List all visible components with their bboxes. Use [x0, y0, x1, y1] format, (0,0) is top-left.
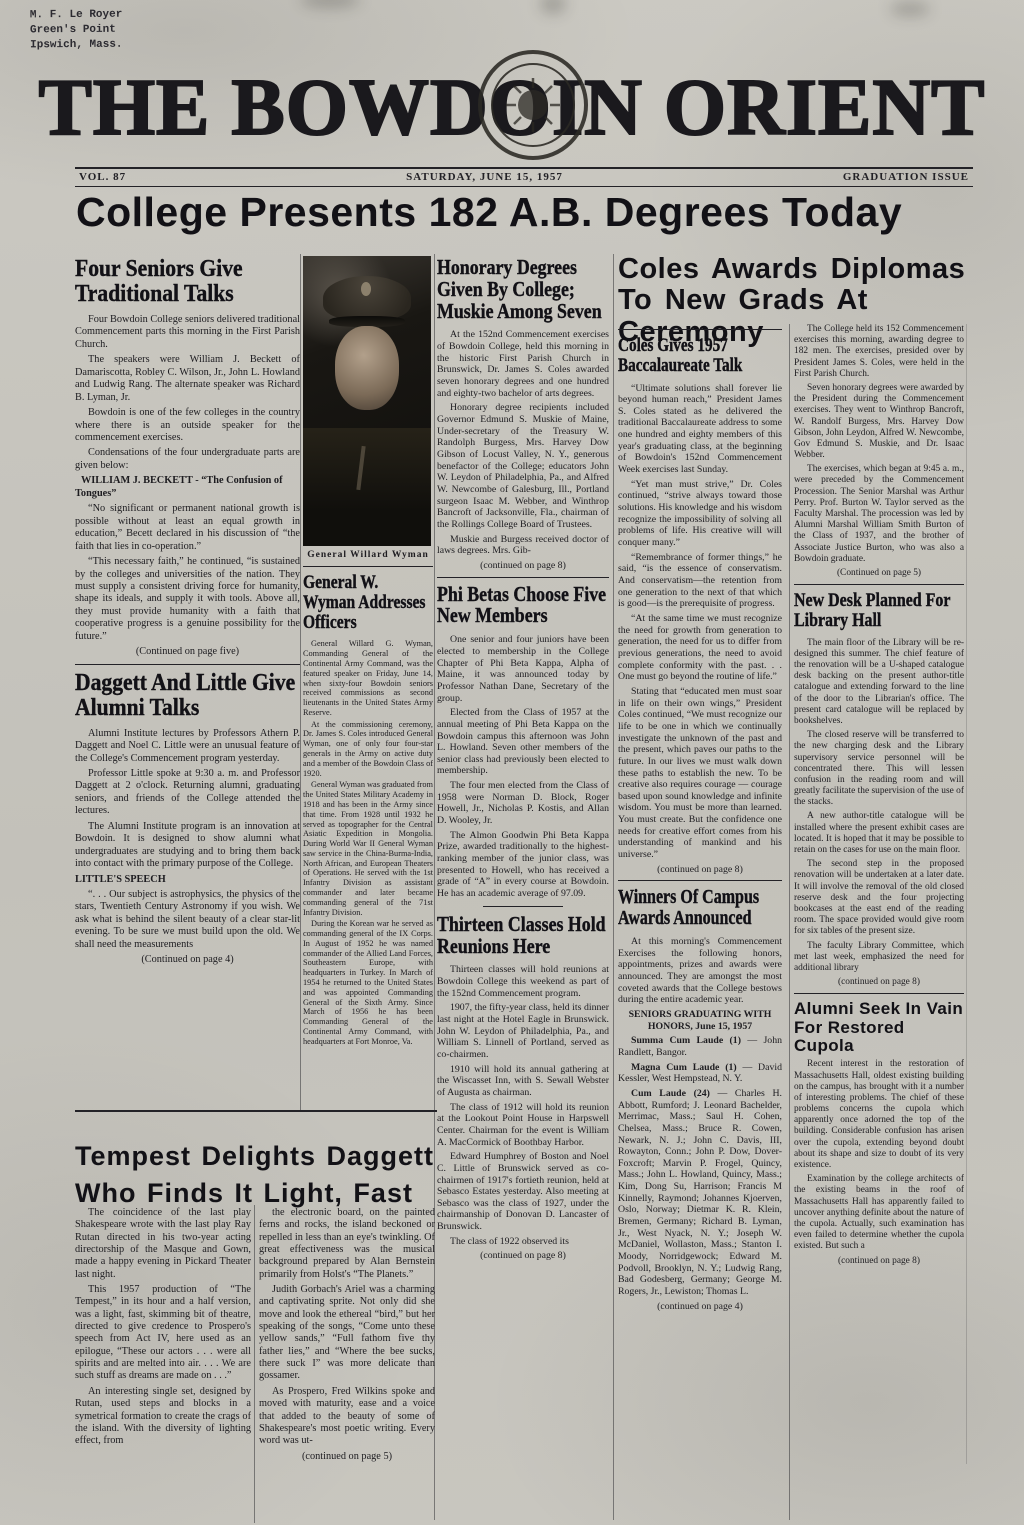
column-2: General Willard Wyman General W. Wyman A…	[303, 256, 433, 1112]
paragraph: The second step in the proposed renovati…	[794, 859, 964, 937]
paragraph: Bowdoin is one of the few colleges in th…	[75, 407, 300, 444]
paragraph: One senior and four juniors have been el…	[437, 634, 609, 704]
paragraph: Professor Little spoke at 9:30 a. m. and…	[75, 768, 300, 818]
paragraph: During the Korean war he served as comma…	[303, 919, 433, 1046]
article-title: Four Seniors Give Traditional Talks	[75, 257, 300, 307]
paragraph: Recent interest in the restoration of Ma…	[794, 1059, 964, 1171]
paragraph: Alumni Institute lectures by Professors …	[75, 728, 300, 765]
paragraph: Muskie and Burgess received doctor of la…	[437, 534, 609, 557]
honor-names: — Charles H. Abbott, Rumford; J. Leonard…	[618, 1088, 782, 1297]
article-phi-beta: Phi Betas Choose Five New Members One se…	[437, 584, 609, 900]
divider-rule	[794, 584, 964, 585]
paragraph: The Almon Goodwin Phi Beta Kappa Prize, …	[437, 830, 609, 900]
paragraph: The coincidence of the last play Shakesp…	[75, 1207, 251, 1281]
paragraph: The College held its 152 Commencement ex…	[794, 324, 964, 380]
paragraph: As Prospero, Fred Wilkins spoke and move…	[259, 1386, 435, 1448]
divider-rule	[303, 566, 433, 567]
divider-rule	[618, 329, 782, 330]
honor-grade: Magna Cum Laude (1)	[631, 1062, 737, 1073]
newspaper-page: M. F. Le Royer Green's Point Ipswich, Ma…	[0, 0, 1024, 1525]
paragraph: General Wyman was graduated from the Uni…	[303, 780, 433, 917]
column-rule	[254, 1205, 255, 1523]
article-title: New Desk Planned For Library Hall	[794, 591, 964, 631]
paragraph: “This necessary faith,” he continued, “i…	[75, 556, 300, 643]
article-reunions: Thirteen Classes Hold Reunions Here Thir…	[437, 914, 609, 1262]
continued-line: (continued on page 8)	[794, 977, 964, 988]
paragraph: “No significant or permanent national gr…	[75, 503, 300, 553]
paragraph: 1910 will hold its annual gathering at t…	[437, 1064, 609, 1099]
paragraph: “. . . Our subject is astrophysics, the …	[75, 889, 300, 951]
paragraph: Edward Humphrey of Boston and Noel C. Li…	[437, 1151, 609, 1233]
continued-line: (Continued on page five)	[75, 646, 300, 658]
paragraph: Condensations of the four undergraduate …	[75, 447, 300, 472]
paragraph: At the 152nd Commencement exercises of B…	[437, 329, 609, 399]
article-title: Daggett And Little Give Alumni Talks	[75, 671, 300, 721]
honors-heading: SENIORS GRADUATING WITH HONORS, June 15,…	[618, 1009, 782, 1032]
article-title: Winners Of Campus Awards Announced	[618, 887, 782, 929]
cap-badge	[361, 282, 371, 296]
banner-headline: College Presents 182 A.B. Degrees Today	[76, 190, 976, 234]
paragraph: “Yet man must strive,” Dr. Coles continu…	[618, 479, 782, 549]
issue-date: SATURDAY, JUNE 15, 1957	[406, 171, 563, 183]
divider-rule	[75, 664, 300, 665]
mailing-label: M. F. Le Royer Green's Point Ipswich, Ma…	[30, 8, 123, 53]
honors-entry: Summa Cum Laude (1) — John Randlett, Ban…	[618, 1035, 782, 1058]
paragraph: The exercises, which began at 9:45 a. m.…	[794, 464, 964, 565]
column-rule	[966, 324, 967, 1464]
paragraph: General Willard G. Wyman, Commanding Gen…	[303, 639, 433, 717]
paragraph: “Ultimate solutions shall forever lie be…	[618, 383, 782, 476]
paragraph: Thirteen classes will hold reunions at B…	[437, 964, 609, 999]
article-honorary-degrees: Honorary Degrees Given By College; Muski…	[437, 257, 609, 572]
continued-line: (continued on page 8)	[437, 560, 609, 572]
mailing-label-line: M. F. Le Royer	[30, 8, 123, 23]
scan-smudge	[540, 0, 566, 14]
paragraph: the electronic board, on the painted fer…	[259, 1207, 435, 1281]
mailing-label-line: Ipswich, Mass.	[30, 37, 123, 52]
coles-region: Coles Awards Diplomas To New Grads At Ce…	[618, 254, 1004, 1525]
column-4: Coles Gives 1957 Baccalaureate Talk “Ult…	[618, 324, 782, 1522]
general-wyman-photo	[303, 256, 431, 546]
photo-caption: General Willard Wyman	[303, 550, 433, 561]
article-title: Thirteen Classes Hold Reunions Here	[437, 914, 609, 958]
paragraph: Judith Gorbach's Ariel was a charming an…	[259, 1284, 435, 1383]
article-coles-awards-body: The College held its 152 Commencement ex…	[794, 324, 964, 579]
article-daggett-little: Daggett And Little Give Alumni Talks Alu…	[75, 671, 300, 967]
divider-rule	[437, 577, 609, 578]
section-divider	[75, 1110, 437, 1112]
paragraph: The closed reserve will be transferred t…	[794, 730, 964, 808]
divider-rule-short	[483, 906, 563, 907]
article-campus-awards: Winners Of Campus Awards Announced At th…	[618, 887, 782, 1312]
article-title: Coles Gives 1957 Baccalaureate Talk	[618, 336, 782, 376]
column-3: Honorary Degrees Given By College; Muski…	[437, 254, 609, 1522]
paragraph: Seven honorary degrees were awarded by t…	[794, 383, 964, 461]
column-1: Four Seniors Give Traditional Talks Four…	[75, 254, 300, 1112]
continued-line: (continued on page 4)	[618, 1301, 782, 1313]
tempest-left-column: The coincidence of the last play Shakesp…	[75, 1207, 251, 1523]
article-cupola: Alumni Seek In Vain For Restored Cupola …	[794, 1000, 964, 1266]
honors-entry: Magna Cum Laude (1) — David Kessler, Wes…	[618, 1062, 782, 1085]
continued-line: (continued on page 5)	[259, 1451, 435, 1463]
paragraph: The class of 1922 observed its	[437, 1236, 609, 1248]
divider-rule	[794, 993, 964, 994]
paragraph: Stating that “educated men must soar in …	[618, 686, 782, 861]
article-title: Phi Betas Choose Five New Members	[437, 584, 609, 628]
column-rule	[789, 324, 790, 1520]
divider-rule	[618, 880, 782, 881]
bowdoin-seal-icon	[476, 48, 590, 162]
uniform-shoulders	[303, 428, 431, 546]
column-rule	[300, 254, 301, 1110]
column-rule	[613, 254, 614, 1520]
tempest-right-column: the electronic board, on the painted fer…	[259, 1207, 435, 1523]
paragraph: The main floor of the Library will be re…	[794, 638, 964, 728]
paragraph: The class of 1912 will hold its reunion …	[437, 1102, 609, 1149]
volume-label: VOL. 87	[79, 171, 126, 183]
article-four-seniors: Four Seniors Give Traditional Talks Four…	[75, 257, 300, 659]
continued-line: (Continued on page 5)	[794, 568, 964, 579]
paragraph: Examination by the college architects of…	[794, 1174, 964, 1252]
paragraph: 1907, the fifty-year class, held its din…	[437, 1002, 609, 1060]
paragraph: At this morning's Commencement Exercises…	[618, 936, 782, 1006]
continued-line: (continued on page 8)	[437, 1250, 609, 1262]
paragraph: A new author-title catalogue will be ins…	[794, 811, 964, 856]
article-library-desk: New Desk Planned For Library Hall The ma…	[794, 591, 964, 988]
sub-headline: LITTLE'S SPEECH	[75, 874, 300, 886]
paragraph: This 1957 production of “The Tempest,” i…	[75, 1284, 251, 1383]
paragraph: Elected from the Class of 1957 at the an…	[437, 707, 609, 777]
article-wyman: General W. Wyman Addresses Officers Gene…	[303, 573, 433, 1046]
column-5: The College held its 152 Commencement ex…	[794, 324, 964, 1522]
article-title: Honorary Degrees Given By College; Muski…	[437, 257, 609, 322]
issue-label: GRADUATION ISSUE	[843, 171, 969, 183]
paragraph: The speakers were William J. Beckett of …	[75, 354, 300, 404]
paragraph: Four Bowdoin College seniors delivered t…	[75, 314, 300, 351]
scan-smudge	[890, 2, 930, 16]
article-baccalaureate: Coles Gives 1957 Baccalaureate Talk “Ult…	[618, 336, 782, 875]
paragraph: The Alumni Institute program is an innov…	[75, 821, 300, 871]
paragraph: The faculty Library Committee, which met…	[794, 941, 964, 975]
continued-line: (Continued on page 4)	[75, 954, 300, 966]
mailing-label-line: Green's Point	[30, 23, 123, 38]
speaker-lead: WILLIAM J. BECKETT - “The Confusion of T…	[75, 475, 300, 500]
paragraph: “Remembrance of former things,” he said,…	[618, 552, 782, 610]
portrait-face	[335, 326, 399, 410]
paragraph: At the commissioning ceremony, Dr. James…	[303, 720, 433, 779]
continued-line: (continued on page 8)	[794, 1256, 964, 1267]
scan-smudge	[300, 0, 360, 8]
paragraph: Honorary degree recipients included Gove…	[437, 402, 609, 530]
paragraph: An interesting single set, designed by R…	[75, 1386, 251, 1448]
honor-grade: Cum Laude (24)	[631, 1088, 710, 1099]
column-rule	[434, 254, 435, 1520]
article-title: Tempest Delights Daggett Who Finds It Li…	[75, 1138, 441, 1211]
dateline-bar: VOL. 87 SATURDAY, JUNE 15, 1957 GRADUATI…	[75, 167, 973, 187]
honor-grade: Summa Cum Laude (1)	[631, 1035, 741, 1046]
honors-entry: Cum Laude (24) — Charles H. Abbott, Rumf…	[618, 1088, 782, 1298]
continued-line: (continued on page 8)	[618, 864, 782, 876]
paragraph: The four men elected from the Class of 1…	[437, 780, 609, 827]
article-title: General W. Wyman Addresses Officers	[303, 573, 433, 632]
article-title: Alumni Seek In Vain For Restored Cupola	[794, 1000, 964, 1055]
paragraph: “At the same time we must recognize the …	[618, 613, 782, 683]
